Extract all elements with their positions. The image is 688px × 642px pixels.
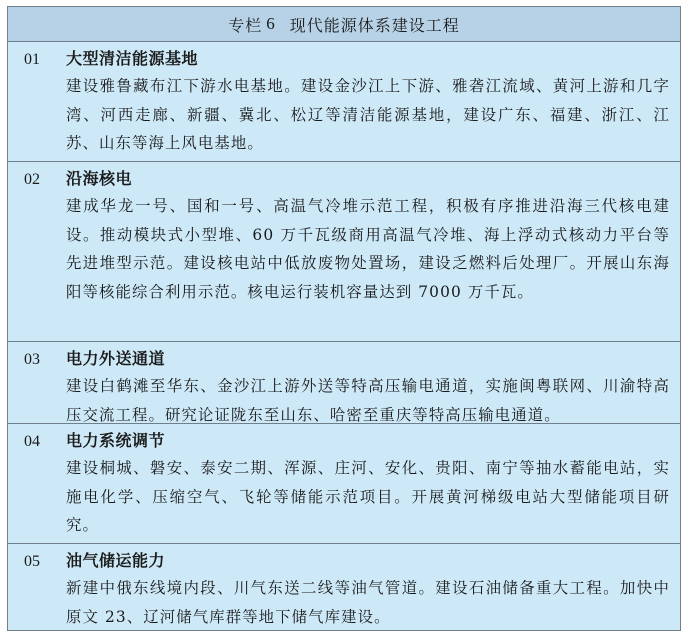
section-body: 建设白鹤滩至华东、金沙江上游外送等特高压输电通道，实施闽粤联网、川渝特高压交流工…: [66, 372, 670, 429]
section-title: 大型清洁能源基地: [66, 46, 198, 69]
section-clean-energy-bases: 01 大型清洁能源基地 建设雅鲁藏布江下游水电基地。建设金沙江上下游、雅砻江流域…: [8, 42, 680, 162]
header-label: 专栏: [228, 13, 262, 36]
project-box: 专栏 6 现代能源体系建设工程 01 大型清洁能源基地 建设雅鲁藏布江下游水电基…: [7, 6, 681, 631]
box-header: 专栏 6 现代能源体系建设工程: [8, 7, 680, 42]
section-title: 沿海核电: [66, 166, 132, 189]
section-oil-gas-storage: 05 油气储运能力 新建中俄东线境内段、川气东送二线等油气管道。建设石油储备重大…: [8, 544, 680, 633]
section-index: 01: [8, 51, 66, 69]
section-index: 04: [8, 433, 66, 451]
section-body: 新建中俄东线境内段、川气东送二线等油气管道。建设石油储备重大工程。加快中原文 2…: [66, 574, 670, 631]
header-number: 6: [266, 14, 276, 34]
section-index: 02: [8, 171, 66, 189]
section-title: 电力系统调节: [66, 428, 165, 451]
section-body: 建设桐城、磐安、泰安二期、浑源、庄河、安化、贵阳、南宁等抽水蓄能电站，实施电化学…: [66, 454, 670, 540]
section-power-regulation: 04 电力系统调节 建设桐城、磐安、泰安二期、浑源、庄河、安化、贵阳、南宁等抽水…: [8, 424, 680, 544]
section-title: 油气储运能力: [66, 548, 165, 571]
section-title: 电力外送通道: [66, 346, 165, 369]
section-coastal-nuclear: 02 沿海核电 建成华龙一号、国和一号、高温气冷堆示范工程，积极有序推进沿海三代…: [8, 162, 680, 342]
section-power-transmission: 03 电力外送通道 建设白鹤滩至华东、金沙江上游外送等特高压输电通道，实施闽粤联…: [8, 342, 680, 424]
section-body: 建成华龙一号、国和一号、高温气冷堆示范工程，积极有序推进沿海三代核电建设。推动模…: [66, 192, 670, 306]
section-body: 建设雅鲁藏布江下游水电基地。建设金沙江上下游、雅砻江流域、黄河上游和几字湾、河西…: [66, 72, 670, 158]
section-index: 03: [8, 351, 66, 369]
header-title: 现代能源体系建设工程: [290, 13, 460, 36]
section-index: 05: [8, 553, 66, 571]
